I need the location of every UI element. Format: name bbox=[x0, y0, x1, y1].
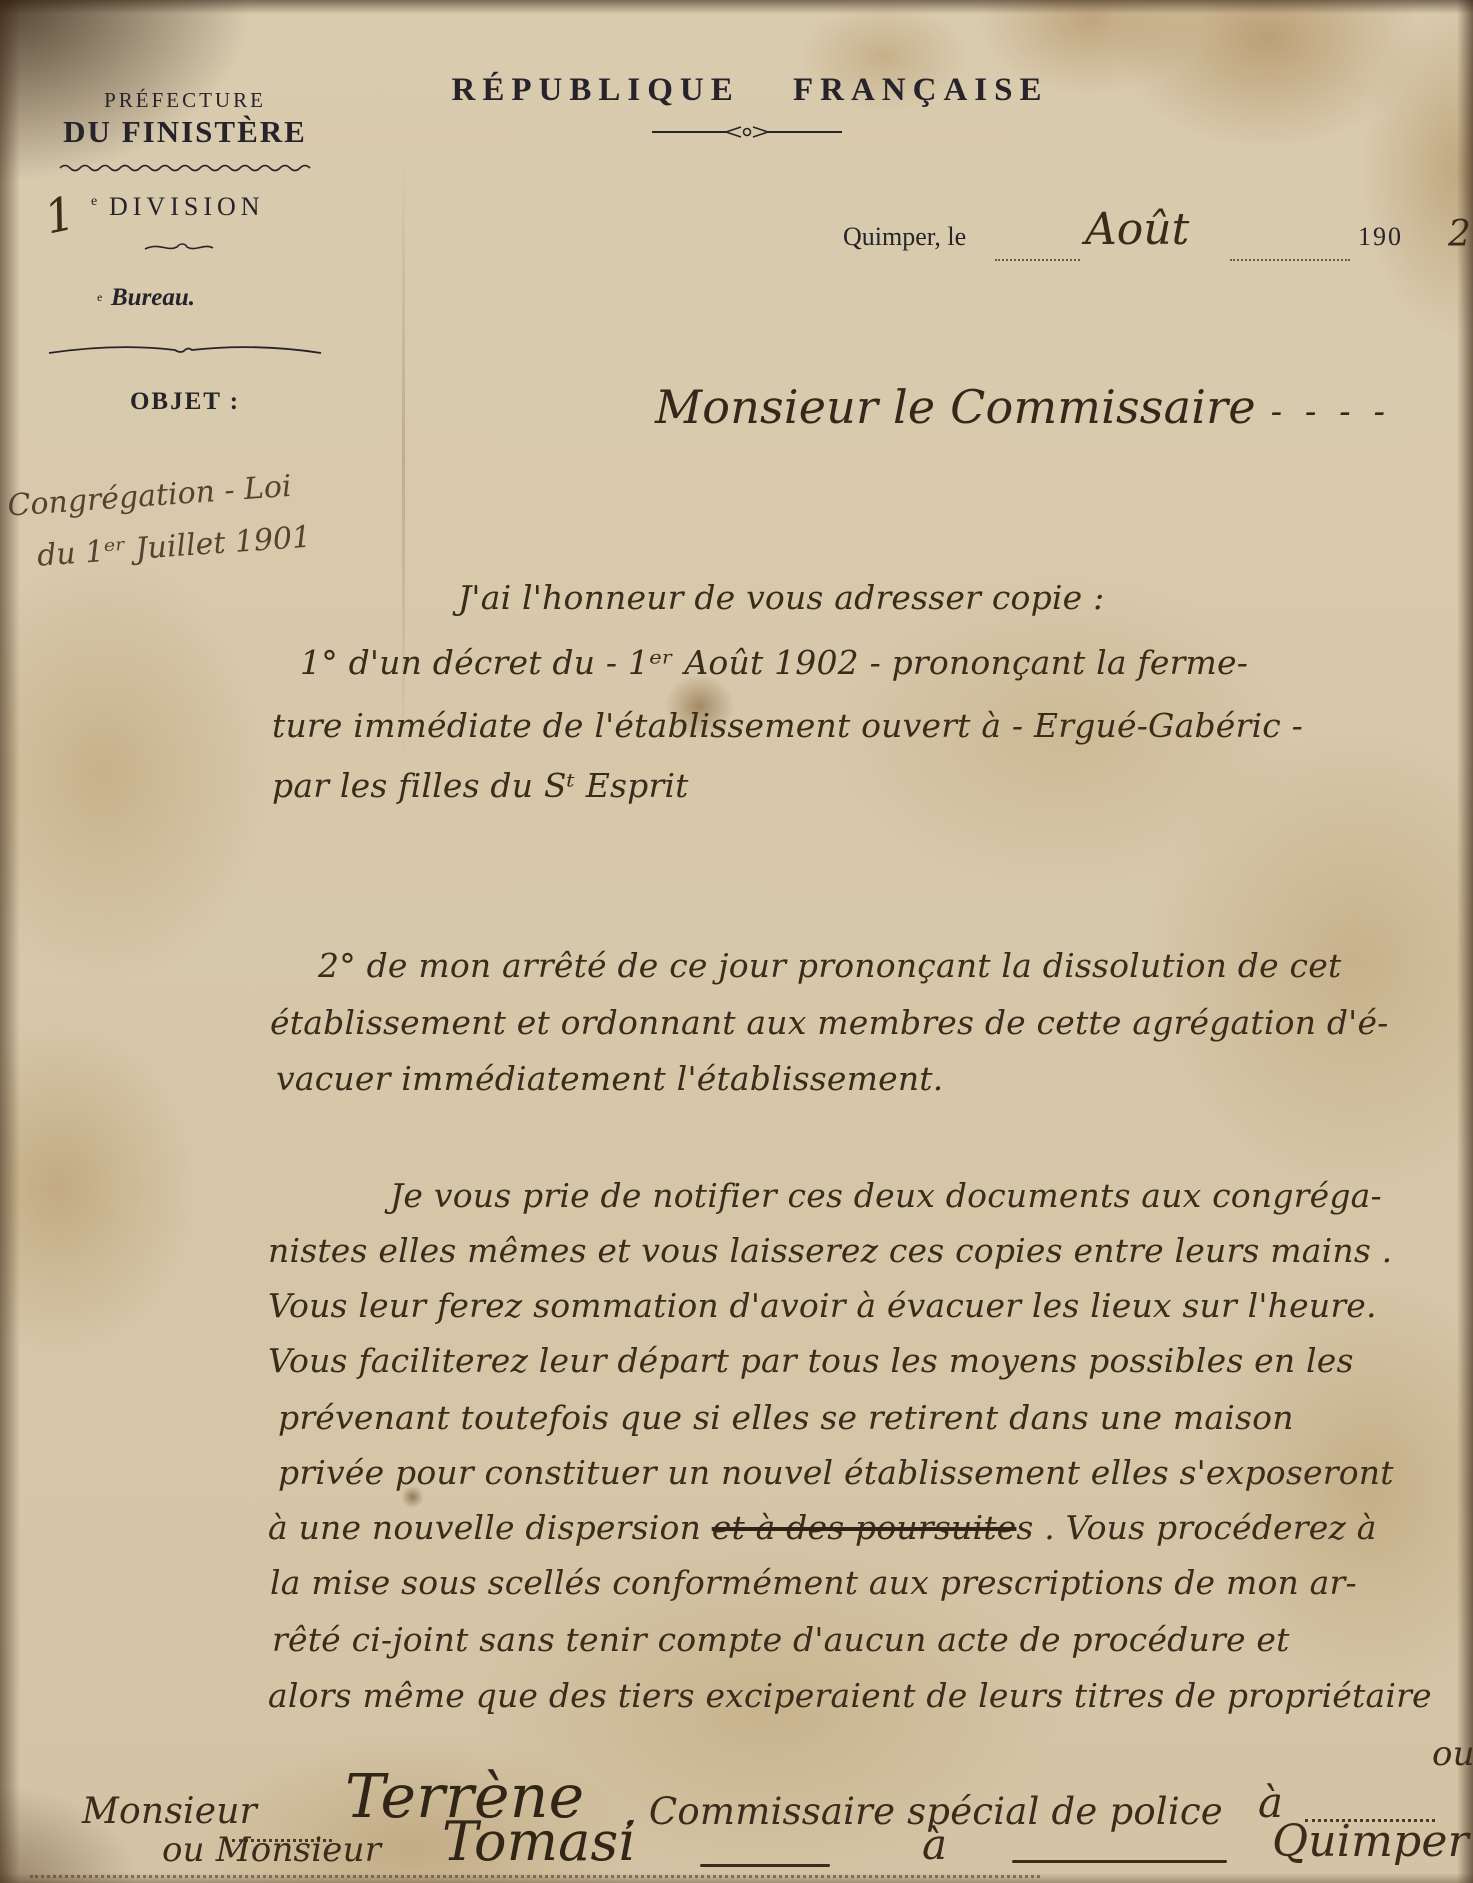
photo-edge-right bbox=[1457, 0, 1473, 1883]
salutation-text: Monsieur le Commissaire bbox=[655, 380, 1256, 434]
strike-line-post: s . Vous procéderez à bbox=[1016, 1508, 1376, 1547]
dotted-rule bbox=[1230, 258, 1350, 261]
body-line: 1° d'un décret du - 1ᵉʳ Août 1902 - pron… bbox=[300, 645, 1248, 681]
page-title: RÉPUBLIQUE FRANÇAISE bbox=[420, 72, 1080, 109]
salutation: Monsieur le Commissaire - - - - bbox=[655, 382, 1391, 433]
body-line: privée pour constituer un nouvel établis… bbox=[278, 1455, 1394, 1491]
body-line: J'ai l'honneur de vous adresser copie : bbox=[458, 580, 1104, 616]
body-line: nistes elles mêmes et vous laisserez ces… bbox=[268, 1233, 1392, 1269]
bureau-superscript: e bbox=[97, 290, 102, 305]
pen-dash bbox=[1012, 1860, 1227, 1863]
salutation-dashes: - - - - bbox=[1271, 392, 1391, 432]
body-line: rêté ci-joint sans tenir compte d'aucun … bbox=[272, 1622, 1290, 1658]
photo-edge-top bbox=[0, 0, 1473, 14]
objet-annotation-line2: du 1ᵉʳ Juillet 1901 bbox=[36, 520, 312, 574]
title-divider-ornament bbox=[652, 124, 842, 140]
objet-annotation: Congrégation - Loi du 1ᵉʳ Juillet 1901 bbox=[0, 467, 319, 489]
wavy-rule bbox=[57, 162, 313, 172]
body-line: prévenant toutefois que si elles se reti… bbox=[278, 1400, 1294, 1436]
dotted-rule bbox=[995, 258, 1080, 261]
body-line: établissement et ordonnant aux membres d… bbox=[270, 1005, 1389, 1041]
bureau-label: Bureau. bbox=[111, 284, 195, 312]
photo-edge-left bbox=[0, 0, 20, 1883]
objet-annotation-line1: Congrégation - Loi bbox=[6, 469, 292, 524]
body-line: 2° de mon arrêté de ce jour prononçant l… bbox=[318, 948, 1341, 984]
footer-name-tomasi: Tomasi bbox=[442, 1812, 636, 1871]
division-superscript: e bbox=[91, 194, 97, 210]
dateline-month-handwritten: Août bbox=[1085, 204, 1189, 255]
letter-photo: PRÉFECTURE DU FINISTÈRE 1 e DIVISION e B… bbox=[0, 0, 1473, 1883]
brace-rule bbox=[47, 340, 323, 358]
body-line: alors même que des tiers exciperaient de… bbox=[268, 1678, 1432, 1714]
pen-dash bbox=[700, 1864, 830, 1867]
body-line: Vous faciliterez leur départ par tous le… bbox=[268, 1343, 1354, 1379]
flourish-ornament bbox=[143, 240, 215, 254]
body-line: ture immédiate de l'établissement ouvert… bbox=[272, 708, 1303, 744]
dotted-rule bbox=[30, 1874, 1040, 1878]
division-label: DIVISION bbox=[109, 192, 265, 222]
struck-text: et à des poursuite bbox=[712, 1508, 1017, 1547]
body-line-with-strikethrough: à une nouvelle dispersion et à des pours… bbox=[268, 1510, 1377, 1546]
body-line: par les filles du Sᵗ Esprit bbox=[272, 768, 689, 804]
dateline-place-label: Quimper, le bbox=[843, 222, 966, 252]
body-line: Je vous prie de notifier ces deux docume… bbox=[390, 1178, 1382, 1214]
footer-ou-monsieur: ou Monsieur bbox=[162, 1832, 381, 1869]
letterhead-department: DU FINISTÈRE bbox=[35, 114, 335, 150]
body-line: vacuer immédiatement l'établissement. bbox=[276, 1061, 943, 1097]
division-number-handwritten: 1 bbox=[40, 186, 80, 245]
dateline-year-digit-handwritten: 2 bbox=[1448, 214, 1471, 255]
footer-monsieur: Monsieur bbox=[82, 1792, 257, 1832]
body-line: la mise sous scellés conformément aux pr… bbox=[270, 1565, 1357, 1601]
footer-a-2: à bbox=[922, 1822, 947, 1868]
strike-line-pre: à une nouvelle dispersion bbox=[268, 1508, 712, 1547]
footer-place-quimper: Quimper bbox=[1272, 1818, 1469, 1866]
objet-label: OBJET : bbox=[35, 388, 335, 416]
catchword-ou: ou bbox=[1432, 1736, 1473, 1773]
dateline-year-printed: 190 bbox=[1358, 222, 1403, 252]
letterhead-prefecture: PRÉFECTURE bbox=[35, 88, 335, 113]
body-line: Vous leur ferez sommation d'avoir à évac… bbox=[268, 1288, 1377, 1324]
